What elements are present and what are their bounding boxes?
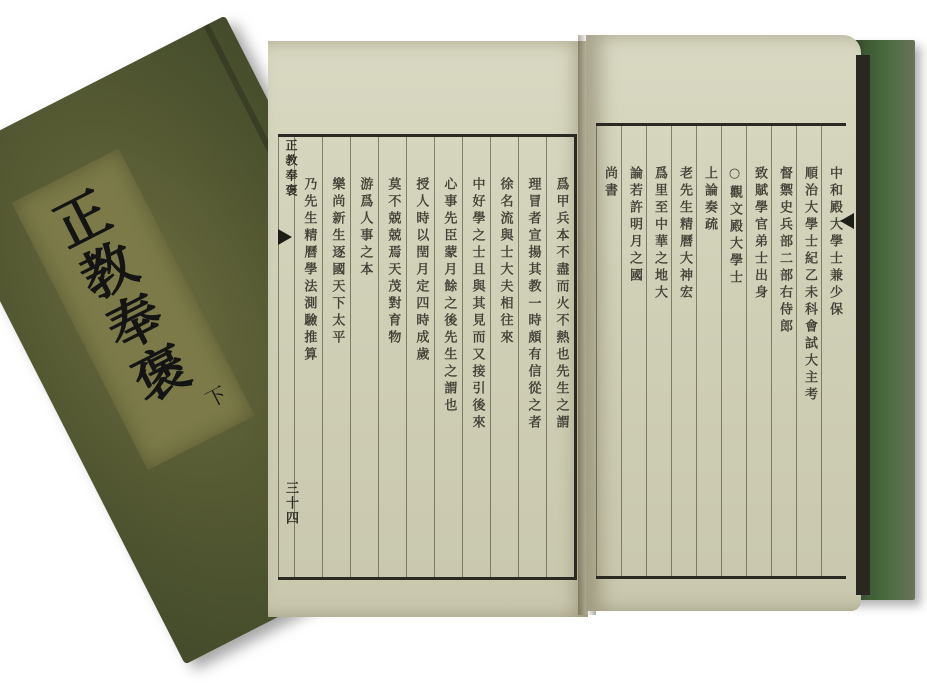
text-column: 順治大學士紀乙未科會試大主考 (796, 126, 821, 576)
right-page: 中和殿大學士兼少保 順治大學士紀乙未科會試大主考 督禦史兵部二部右侍郎 致賦學官… (586, 35, 861, 611)
fishtail-mark-icon (840, 213, 854, 229)
text-column: 論若許明月之國 (621, 126, 646, 576)
column-text: 上論奏疏 (702, 166, 716, 234)
right-page-frame: 中和殿大學士兼少保 順治大學士紀乙未科會試大主考 督禦史兵部二部右侍郎 致賦學官… (596, 123, 846, 579)
text-column: 莫不兢兢焉天茂對育物 (378, 137, 406, 577)
column-text: 督禦史兵部二部右侍郎 (777, 166, 791, 336)
book-photograph: 正教奉褒 下 爲甲兵本不盡而火不熱也先生之謂 理冒者宣揚其教一時頗有信從之者 徐… (0, 0, 927, 686)
title-label: 正教奉褒 下 (12, 148, 255, 470)
column-text: 順治大學士紀乙未科會試大主考 (802, 166, 816, 404)
column-text: ○觀文殿大學士 (727, 166, 741, 287)
column-text: 論若許明月之國 (627, 166, 641, 285)
column-text: 爲里至中華之地大 (652, 166, 666, 302)
column-text: 老先生精曆大神宏 (677, 166, 691, 302)
page-number: 三十四 (280, 481, 300, 526)
text-column: 游爲人事之本 (350, 137, 378, 577)
volume-mark: 下 (200, 378, 231, 413)
text-column: 心事先臣蒙月餘之後先生之謂也 (434, 137, 462, 577)
column-text: 莫不兢兢焉天茂對育物 (385, 177, 399, 347)
column-text: 游爲人事之本 (357, 177, 371, 279)
text-column: 爲里至中華之地大 (646, 126, 671, 576)
text-column: 致賦學官弟士出身 (746, 126, 771, 576)
left-page: 爲甲兵本不盡而火不熱也先生之謂 理冒者宣揚其教一時頗有信從之者 徐名流與士大夫相… (268, 41, 588, 617)
column-text: 樂尚新生逐國天下太平 (329, 177, 343, 347)
page-header: 正教奉褒 (280, 139, 300, 199)
text-column: 爲甲兵本不盡而火不熱也先生之謂 (546, 137, 574, 577)
book-edge-shadow (856, 55, 870, 595)
text-column: 督禦史兵部二部右侍郎 (771, 126, 796, 576)
text-column: 樂尚新生逐國天下太平 (322, 137, 350, 577)
column-text: 中好學之士且與其見而又接引後來 (469, 177, 483, 432)
cover-title: 正教奉褒 (39, 182, 198, 416)
open-book: 爲甲兵本不盡而火不熱也先生之謂 理冒者宣揚其教一時頗有信從之者 徐名流與士大夫相… (268, 35, 868, 635)
left-page-frame: 爲甲兵本不盡而火不熱也先生之謂 理冒者宣揚其教一時頗有信從之者 徐名流與士大夫相… (278, 134, 577, 580)
text-column: 中和殿大學士兼少保 (821, 126, 846, 576)
text-column: 上論奏疏 (696, 126, 721, 576)
right-text-columns: 中和殿大學士兼少保 順治大學士紀乙未科會試大主考 督禦史兵部二部右侍郎 致賦學官… (596, 126, 846, 576)
column-text: 爲甲兵本不盡而火不熱也先生之謂 (553, 177, 567, 432)
text-column: ○觀文殿大學士 (721, 126, 746, 576)
left-text-columns: 爲甲兵本不盡而火不熱也先生之謂 理冒者宣揚其教一時頗有信從之者 徐名流與士大夫相… (278, 137, 574, 577)
column-text: 尚書 (602, 166, 616, 200)
text-column: 授人時以閏月定四時成歲 (406, 137, 434, 577)
text-column: 尚書 (596, 126, 621, 576)
text-column: 老先生精曆大神宏 (671, 126, 696, 576)
column-text: 理冒者宣揚其教一時頗有信從之者 (525, 177, 539, 432)
column-text: 心事先臣蒙月餘之後先生之謂也 (441, 177, 455, 415)
text-column: 中好學之士且與其見而又接引後來 (462, 137, 490, 577)
text-column: 理冒者宣揚其教一時頗有信從之者 (518, 137, 546, 577)
column-text: 徐名流與士大夫相往來 (497, 177, 511, 347)
column-text: 致賦學官弟士出身 (752, 166, 766, 302)
column-text: 乃先生精曆學法測驗推算 (301, 177, 315, 364)
column-text: 中和殿大學士兼少保 (827, 166, 841, 319)
fishtail-mark-icon (278, 229, 292, 245)
text-column: 徐名流與士大夫相往來 (490, 137, 518, 577)
column-text: 授人時以閏月定四時成歲 (413, 177, 427, 364)
